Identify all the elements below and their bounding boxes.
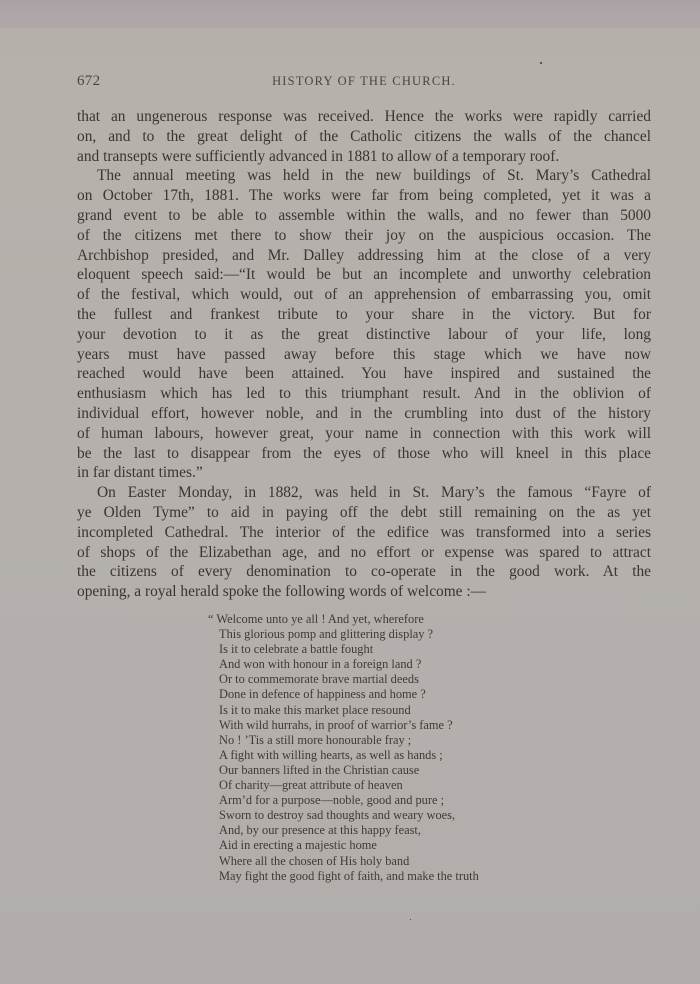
page-top-shadow bbox=[0, 0, 700, 28]
text-line: on, and to the great delight of the Cath… bbox=[77, 127, 651, 147]
verse-line: Is it to celebrate a battle fought bbox=[208, 642, 528, 657]
verse-line: Arm’d for a purpose—noble, good and pure… bbox=[208, 793, 528, 808]
text-line: ye Olden Tyme” to aid in paying off the … bbox=[77, 503, 651, 523]
text-line: your devotion to it as the great distinc… bbox=[77, 325, 651, 345]
text-line: in far distant times.” bbox=[77, 463, 651, 483]
verse-line: With wild hurrahs, in proof of warrior’s… bbox=[208, 718, 528, 733]
book-page: 672 HISTORY OF THE CHURCH. that an ungen… bbox=[0, 0, 700, 984]
text-line: be the last to disappear from the eyes o… bbox=[77, 444, 651, 464]
text-line: of human labours, however great, your na… bbox=[77, 424, 651, 444]
text-line: on October 17th, 1881. The works were fa… bbox=[77, 186, 651, 206]
page-header: 672 HISTORY OF THE CHURCH. bbox=[77, 73, 651, 93]
verse-line: Done in defence of happiness and home ? bbox=[208, 687, 528, 702]
text-line: years must have passed away before this … bbox=[77, 345, 651, 365]
verse-line: Where all the chosen of His holy band bbox=[208, 854, 528, 869]
text-line: the fullest and frankest tribute to your… bbox=[77, 305, 651, 325]
text-line: The annual meeting was held in the new b… bbox=[77, 166, 651, 186]
verse-line: “ Welcome unto ye all ! And yet, wherefo… bbox=[208, 612, 528, 627]
text-line: that an ungenerous response was received… bbox=[77, 107, 651, 127]
verse-line: This glorious pomp and glittering displa… bbox=[208, 627, 528, 642]
text-line: incompleted Cathedral. The interior of t… bbox=[77, 523, 651, 543]
text-line: and transepts were sufficiently advanced… bbox=[77, 147, 651, 167]
text-line: enthusiasm which has led to this triumph… bbox=[77, 384, 651, 404]
verse-block: “ Welcome unto ye all ! And yet, wherefo… bbox=[208, 612, 528, 884]
verse-line: And, by our presence at this happy feast… bbox=[208, 823, 528, 838]
text-line: of the citizens met there to show their … bbox=[77, 226, 651, 246]
text-line: of shops of the Elizabethan age, and no … bbox=[77, 543, 651, 563]
paper-speck bbox=[410, 919, 411, 920]
paper-speck bbox=[540, 62, 542, 64]
verse-line: And won with honour in a foreign land ? bbox=[208, 657, 528, 672]
text-line: eloquent speech said:—“It would be but a… bbox=[77, 265, 651, 285]
text-line: individual effort, however noble, and in… bbox=[77, 404, 651, 424]
verse-line: Aid in erecting a majestic home bbox=[208, 838, 528, 853]
running-head: HISTORY OF THE CHURCH. bbox=[77, 74, 651, 89]
text-line: the citizens of every denomination to co… bbox=[77, 562, 651, 582]
verse-line: Our banners lifted in the Christian caus… bbox=[208, 763, 528, 778]
text-line: reached would have been attained. You ha… bbox=[77, 364, 651, 384]
text-line: opening, a royal herald spoke the follow… bbox=[77, 582, 651, 602]
verse-line: May fight the good fight of faith, and m… bbox=[208, 869, 528, 884]
text-line: On Easter Monday, in 1882, was held in S… bbox=[77, 483, 651, 503]
verse-line: Or to commemorate brave martial deeds bbox=[208, 672, 528, 687]
text-line: grand event to be able to assemble withi… bbox=[77, 206, 651, 226]
verse-line: Is it to make this market place resound bbox=[208, 703, 528, 718]
text-line: of the festival, which would, out of an … bbox=[77, 285, 651, 305]
body-text: that an ungenerous response was received… bbox=[77, 107, 651, 602]
text-line: Archbishop presided, and Mr. Dalley addr… bbox=[77, 246, 651, 266]
verse-line: A fight with willing hearts, as well as … bbox=[208, 748, 528, 763]
verse-line: Sworn to destroy sad thoughts and weary … bbox=[208, 808, 528, 823]
verse-line: No ! ’Tis a still more honourable fray ; bbox=[208, 733, 528, 748]
verse-line: Of charity—great attribute of heaven bbox=[208, 778, 528, 793]
